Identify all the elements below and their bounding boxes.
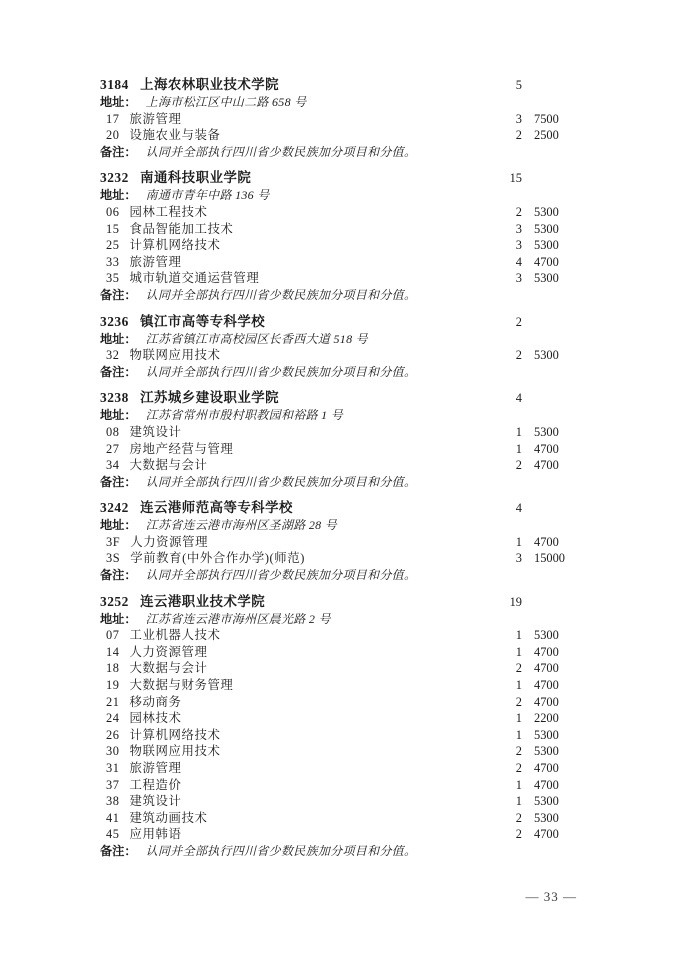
major-code: 25 xyxy=(106,238,119,252)
major-title: 07 工业机器人技术 xyxy=(100,627,488,644)
school-title: 3184 上海农林职业技术学院 xyxy=(100,76,488,94)
major-name: 食品智能加工技术 xyxy=(130,222,234,236)
major-name: 设施农业与装备 xyxy=(130,128,221,142)
major-plan-count: 3 xyxy=(488,237,522,254)
school-header-row: 3238 江苏城乡建设职业学院 4 xyxy=(100,389,580,407)
major-plan-count: 3 xyxy=(488,270,522,287)
major-name: 园林技术 xyxy=(130,711,182,725)
school-name: 上海农林职业技术学院 xyxy=(140,77,279,92)
major-code: 3S xyxy=(106,551,120,565)
address-label: 地址： xyxy=(100,612,137,626)
school-title: 3242 连云港师范高等专科学校 xyxy=(100,499,488,517)
note-text: 认同并全部执行四川省少数民族加分项目和分值。 xyxy=(146,568,417,582)
major-row: 26 计算机网络技术 1 5300 xyxy=(100,727,580,744)
major-plan-count: 4 xyxy=(488,254,522,271)
address-row: 地址： 江苏省镇江市高校园区长香西大道 518 号 xyxy=(100,331,580,348)
major-name: 工业机器人技术 xyxy=(130,628,221,642)
major-name: 房地产经营与管理 xyxy=(130,442,234,456)
major-title: 06 园林工程技术 xyxy=(100,204,488,221)
major-code: 27 xyxy=(106,442,119,456)
major-name: 移动商务 xyxy=(130,695,182,709)
major-name: 学前教育(中外合作办学)(师范) xyxy=(130,551,305,565)
major-plan-count: 1 xyxy=(488,727,522,744)
major-title: 26 计算机网络技术 xyxy=(100,727,488,744)
address-text: 江苏省镇江市高校园区长香西大道 518 号 xyxy=(146,332,368,346)
address-line: 地址： 上海市松江区中山二路 658 号 xyxy=(100,94,580,111)
major-code: 38 xyxy=(106,794,119,808)
major-code: 33 xyxy=(106,255,119,269)
school-name: 连云港师范高等专科学校 xyxy=(140,500,293,515)
major-plan-count: 1 xyxy=(488,627,522,644)
address-text: 上海市松江区中山二路 658 号 xyxy=(146,95,307,109)
major-name: 人力资源管理 xyxy=(130,535,208,549)
major-row: 06 园林工程技术 2 5300 xyxy=(100,204,580,221)
major-tuition: 2500 xyxy=(534,127,580,144)
major-tuition: 5300 xyxy=(534,204,580,221)
major-tuition: 4700 xyxy=(534,457,580,474)
note-line: 备注： 认同并全部执行四川省少数民族加分项目和分值。 xyxy=(100,567,580,584)
major-code: 24 xyxy=(106,711,119,725)
major-name: 建筑设计 xyxy=(130,794,182,808)
major-title: 31 旅游管理 xyxy=(100,760,488,777)
major-tuition: 5300 xyxy=(534,743,580,760)
note-row: 备注： 认同并全部执行四川省少数民族加分项目和分值。 xyxy=(100,364,580,381)
major-plan-count: 2 xyxy=(488,660,522,677)
address-row: 地址： 江苏省常州市殷村职教园和裕路 1 号 xyxy=(100,407,580,424)
major-tuition: 4700 xyxy=(534,760,580,777)
address-label: 地址： xyxy=(100,95,137,109)
major-title: 19 大数据与财务管理 xyxy=(100,677,488,694)
major-tuition: 5300 xyxy=(534,347,580,364)
major-name: 大数据与财务管理 xyxy=(130,678,234,692)
school-name: 镇江市高等专科学校 xyxy=(140,314,265,329)
school-plan-total: 4 xyxy=(488,389,522,407)
major-title: 41 建筑动画技术 xyxy=(100,810,488,827)
major-row: 34 大数据与会计 2 4700 xyxy=(100,457,580,474)
major-row: 35 城市轨道交通运营管理 3 5300 xyxy=(100,270,580,287)
major-list: 06 园林工程技术 2 5300 15 食品智能加工技术 3 5300 25 计… xyxy=(100,204,580,287)
school-title: 3252 连云港职业技术学院 xyxy=(100,593,488,611)
note-line: 备注： 认同并全部执行四川省少数民族加分项目和分值。 xyxy=(100,474,580,491)
address-row: 地址： 上海市松江区中山二路 658 号 xyxy=(100,94,580,111)
major-tuition: 7500 xyxy=(534,111,580,128)
school-block: 3238 江苏城乡建设职业学院 4 地址： 江苏省常州市殷村职教园和裕路 1 号… xyxy=(100,389,580,490)
major-row: 3F 人力资源管理 1 4700 xyxy=(100,534,580,551)
major-title: 20 设施农业与装备 xyxy=(100,127,488,144)
note-label: 备注： xyxy=(100,475,137,489)
major-name: 大数据与会计 xyxy=(130,458,208,472)
major-name: 建筑设计 xyxy=(130,425,182,439)
major-tuition: 4700 xyxy=(534,534,580,551)
major-title: 3F 人力资源管理 xyxy=(100,534,488,551)
document-page: 3184 上海农林职业技术学院 5 地址： 上海市松江区中山二路 658 号 1… xyxy=(0,0,680,961)
note-row: 备注： 认同并全部执行四川省少数民族加分项目和分值。 xyxy=(100,144,580,161)
major-row: 14 人力资源管理 1 4700 xyxy=(100,644,580,661)
school-header-row: 3236 镇江市高等专科学校 2 xyxy=(100,313,580,331)
major-row: 31 旅游管理 2 4700 xyxy=(100,760,580,777)
major-name: 计算机网络技术 xyxy=(130,238,221,252)
school-title: 3232 南通科技职业学院 xyxy=(100,169,488,187)
school-name: 连云港职业技术学院 xyxy=(140,594,265,609)
major-tuition: 4700 xyxy=(534,644,580,661)
major-plan-count: 1 xyxy=(488,710,522,727)
major-row: 41 建筑动画技术 2 5300 xyxy=(100,810,580,827)
school-title: 3236 镇江市高等专科学校 xyxy=(100,313,488,331)
major-plan-count: 2 xyxy=(488,347,522,364)
major-tuition: 5300 xyxy=(534,810,580,827)
major-tuition: 4700 xyxy=(534,441,580,458)
school-code: 3232 xyxy=(100,170,129,185)
school-code: 3238 xyxy=(100,390,129,405)
major-row: 25 计算机网络技术 3 5300 xyxy=(100,237,580,254)
major-name: 旅游管理 xyxy=(130,761,182,775)
address-text: 江苏省连云港市海州区圣湖路 28 号 xyxy=(146,518,337,532)
major-title: 17 旅游管理 xyxy=(100,111,488,128)
note-line: 备注： 认同并全部执行四川省少数民族加分项目和分值。 xyxy=(100,144,580,161)
major-plan-count: 2 xyxy=(488,810,522,827)
school-title: 3238 江苏城乡建设职业学院 xyxy=(100,389,488,407)
major-name: 计算机网络技术 xyxy=(130,728,221,742)
major-plan-count: 1 xyxy=(488,534,522,551)
major-row: 07 工业机器人技术 1 5300 xyxy=(100,627,580,644)
major-row: 15 食品智能加工技术 3 5300 xyxy=(100,221,580,238)
major-code: 41 xyxy=(106,811,119,825)
major-plan-count: 1 xyxy=(488,777,522,794)
school-block: 3184 上海农林职业技术学院 5 地址： 上海市松江区中山二路 658 号 1… xyxy=(100,76,580,160)
address-label: 地址： xyxy=(100,408,137,422)
major-row: 20 设施农业与装备 2 2500 xyxy=(100,127,580,144)
major-title: 25 计算机网络技术 xyxy=(100,237,488,254)
major-code: 35 xyxy=(106,271,119,285)
address-text: 江苏省常州市殷村职教园和裕路 1 号 xyxy=(146,408,343,422)
school-plan-total: 19 xyxy=(488,593,522,611)
major-name: 城市轨道交通运营管理 xyxy=(130,271,260,285)
major-title: 33 旅游管理 xyxy=(100,254,488,271)
major-plan-count: 2 xyxy=(488,694,522,711)
major-name: 大数据与会计 xyxy=(130,661,208,675)
address-line: 地址： 江苏省镇江市高校园区长香西大道 518 号 xyxy=(100,331,580,348)
major-row: 30 物联网应用技术 2 5300 xyxy=(100,743,580,760)
note-label: 备注： xyxy=(100,844,137,858)
major-plan-count: 2 xyxy=(488,457,522,474)
major-title: 34 大数据与会计 xyxy=(100,457,488,474)
major-plan-count: 2 xyxy=(488,760,522,777)
major-title: 08 建筑设计 xyxy=(100,424,488,441)
major-tuition: 5300 xyxy=(534,221,580,238)
address-label: 地址： xyxy=(100,332,137,346)
major-code: 07 xyxy=(106,628,119,642)
major-list: 07 工业机器人技术 1 5300 14 人力资源管理 1 4700 18 大数… xyxy=(100,627,580,843)
major-code: 18 xyxy=(106,661,119,675)
major-tuition: 5300 xyxy=(534,627,580,644)
major-tuition: 4700 xyxy=(534,777,580,794)
school-plan-total: 4 xyxy=(488,499,522,517)
note-text: 认同并全部执行四川省少数民族加分项目和分值。 xyxy=(146,288,417,302)
major-plan-count: 2 xyxy=(488,743,522,760)
page-number-text: — 33 — xyxy=(526,889,578,904)
major-title: 27 房地产经营与管理 xyxy=(100,441,488,458)
major-row: 19 大数据与财务管理 1 4700 xyxy=(100,677,580,694)
school-code: 3184 xyxy=(100,77,129,92)
major-tuition: 5300 xyxy=(534,424,580,441)
major-title: 24 园林技术 xyxy=(100,710,488,727)
major-title: 32 物联网应用技术 xyxy=(100,347,488,364)
major-row: 37 工程造价 1 4700 xyxy=(100,777,580,794)
major-title: 18 大数据与会计 xyxy=(100,660,488,677)
major-name: 应用韩语 xyxy=(130,827,182,841)
school-block: 3232 南通科技职业学院 15 地址： 南通市青年中路 136 号 06 园林… xyxy=(100,169,580,303)
major-code: 37 xyxy=(106,778,119,792)
major-row: 33 旅游管理 4 4700 xyxy=(100,254,580,271)
note-text: 认同并全部执行四川省少数民族加分项目和分值。 xyxy=(146,365,417,379)
note-label: 备注： xyxy=(100,145,137,159)
major-plan-count: 1 xyxy=(488,793,522,810)
school-plan-total: 2 xyxy=(488,313,522,331)
major-tuition: 4700 xyxy=(534,826,580,843)
note-label: 备注： xyxy=(100,365,137,379)
major-row: 27 房地产经营与管理 1 4700 xyxy=(100,441,580,458)
major-tuition: 2200 xyxy=(534,710,580,727)
major-code: 34 xyxy=(106,458,119,472)
major-row: 32 物联网应用技术 2 5300 xyxy=(100,347,580,364)
major-tuition: 5300 xyxy=(534,727,580,744)
major-title: 37 工程造价 xyxy=(100,777,488,794)
major-code: 19 xyxy=(106,678,119,692)
major-plan-count: 1 xyxy=(488,677,522,694)
address-row: 地址： 江苏省连云港市海州区晨光路 2 号 xyxy=(100,611,580,628)
major-code: 21 xyxy=(106,695,119,709)
school-header-row: 3242 连云港师范高等专科学校 4 xyxy=(100,499,580,517)
major-code: 32 xyxy=(106,348,119,362)
major-code: 31 xyxy=(106,761,119,775)
major-plan-count: 3 xyxy=(488,221,522,238)
major-code: 08 xyxy=(106,425,119,439)
note-text: 认同并全部执行四川省少数民族加分项目和分值。 xyxy=(146,475,417,489)
major-title: 21 移动商务 xyxy=(100,694,488,711)
major-name: 园林工程技术 xyxy=(130,205,208,219)
major-code: 45 xyxy=(106,827,119,841)
address-line: 地址： 江苏省连云港市海州区圣湖路 28 号 xyxy=(100,517,580,534)
address-text: 江苏省连云港市海州区晨光路 2 号 xyxy=(146,612,331,626)
address-label: 地址： xyxy=(100,518,137,532)
major-code: 14 xyxy=(106,645,119,659)
major-tuition: 4700 xyxy=(534,660,580,677)
school-name: 南通科技职业学院 xyxy=(140,170,251,185)
major-title: 38 建筑设计 xyxy=(100,793,488,810)
major-plan-count: 1 xyxy=(488,441,522,458)
major-plan-count: 3 xyxy=(488,550,522,567)
major-plan-count: 2 xyxy=(488,826,522,843)
note-text: 认同并全部执行四川省少数民族加分项目和分值。 xyxy=(146,145,417,159)
major-tuition: 5300 xyxy=(534,793,580,810)
major-name: 建筑动画技术 xyxy=(130,811,208,825)
major-list: 3F 人力资源管理 1 4700 3S 学前教育(中外合作办学)(师范) 3 1… xyxy=(100,534,580,567)
school-code: 3242 xyxy=(100,500,129,515)
address-row: 地址： 江苏省连云港市海州区圣湖路 28 号 xyxy=(100,517,580,534)
major-tuition: 4700 xyxy=(534,694,580,711)
address-line: 地址： 江苏省常州市殷村职教园和裕路 1 号 xyxy=(100,407,580,424)
major-title: 30 物联网应用技术 xyxy=(100,743,488,760)
major-name: 工程造价 xyxy=(130,778,182,792)
major-tuition: 4700 xyxy=(534,677,580,694)
note-row: 备注： 认同并全部执行四川省少数民族加分项目和分值。 xyxy=(100,567,580,584)
school-block: 3236 镇江市高等专科学校 2 地址： 江苏省镇江市高校园区长香西大道 518… xyxy=(100,313,580,381)
major-tuition: 4700 xyxy=(534,254,580,271)
note-text: 认同并全部执行四川省少数民族加分项目和分值。 xyxy=(146,844,417,858)
school-name: 江苏城乡建设职业学院 xyxy=(140,390,279,405)
major-row: 08 建筑设计 1 5300 xyxy=(100,424,580,441)
major-code: 17 xyxy=(106,112,119,126)
address-label: 地址： xyxy=(100,188,137,202)
major-name: 旅游管理 xyxy=(130,112,182,126)
major-name: 物联网应用技术 xyxy=(130,348,221,362)
major-row: 24 园林技术 1 2200 xyxy=(100,710,580,727)
major-code: 20 xyxy=(106,128,119,142)
major-tuition: 15000 xyxy=(534,550,580,567)
major-row: 3S 学前教育(中外合作办学)(师范) 3 15000 xyxy=(100,550,580,567)
note-row: 备注： 认同并全部执行四川省少数民族加分项目和分值。 xyxy=(100,474,580,491)
note-label: 备注： xyxy=(100,568,137,582)
address-text: 南通市青年中路 136 号 xyxy=(146,188,270,202)
note-line: 备注： 认同并全部执行四川省少数民族加分项目和分值。 xyxy=(100,364,580,381)
school-plan-total: 15 xyxy=(488,169,522,187)
major-name: 人力资源管理 xyxy=(130,645,208,659)
major-list: 08 建筑设计 1 5300 27 房地产经营与管理 1 4700 34 大数据… xyxy=(100,424,580,474)
major-title: 3S 学前教育(中外合作办学)(师范) xyxy=(100,550,488,567)
major-tuition: 5300 xyxy=(534,270,580,287)
major-name: 物联网应用技术 xyxy=(130,744,221,758)
page-number: — 33 — xyxy=(526,889,578,905)
school-block: 3252 连云港职业技术学院 19 地址： 江苏省连云港市海州区晨光路 2 号 … xyxy=(100,593,580,860)
major-title: 15 食品智能加工技术 xyxy=(100,221,488,238)
major-code: 30 xyxy=(106,744,119,758)
note-line: 备注： 认同并全部执行四川省少数民族加分项目和分值。 xyxy=(100,287,580,304)
major-row: 38 建筑设计 1 5300 xyxy=(100,793,580,810)
note-line: 备注： 认同并全部执行四川省少数民族加分项目和分值。 xyxy=(100,843,580,860)
major-row: 45 应用韩语 2 4700 xyxy=(100,826,580,843)
major-title: 35 城市轨道交通运营管理 xyxy=(100,270,488,287)
school-plan-total: 5 xyxy=(488,76,522,94)
major-tuition: 5300 xyxy=(534,237,580,254)
major-code: 06 xyxy=(106,205,119,219)
address-row: 地址： 南通市青年中路 136 号 xyxy=(100,187,580,204)
major-name: 旅游管理 xyxy=(130,255,182,269)
major-row: 18 大数据与会计 2 4700 xyxy=(100,660,580,677)
major-plan-count: 2 xyxy=(488,204,522,221)
note-row: 备注： 认同并全部执行四川省少数民族加分项目和分值。 xyxy=(100,287,580,304)
major-plan-count: 1 xyxy=(488,424,522,441)
major-row: 21 移动商务 2 4700 xyxy=(100,694,580,711)
note-label: 备注： xyxy=(100,288,137,302)
school-code: 3236 xyxy=(100,314,129,329)
school-code: 3252 xyxy=(100,594,129,609)
major-title: 45 应用韩语 xyxy=(100,826,488,843)
major-plan-count: 3 xyxy=(488,111,522,128)
address-line: 地址： 江苏省连云港市海州区晨光路 2 号 xyxy=(100,611,580,628)
school-header-row: 3184 上海农林职业技术学院 5 xyxy=(100,76,580,94)
major-plan-count: 2 xyxy=(488,127,522,144)
major-list: 32 物联网应用技术 2 5300 xyxy=(100,347,580,364)
major-title: 14 人力资源管理 xyxy=(100,644,488,661)
school-block: 3242 连云港师范高等专科学校 4 地址： 江苏省连云港市海州区圣湖路 28 … xyxy=(100,499,580,583)
school-header-row: 3232 南通科技职业学院 15 xyxy=(100,169,580,187)
major-code: 3F xyxy=(106,535,120,549)
address-line: 地址： 南通市青年中路 136 号 xyxy=(100,187,580,204)
admission-plan-list: 3184 上海农林职业技术学院 5 地址： 上海市松江区中山二路 658 号 1… xyxy=(100,76,580,869)
major-code: 26 xyxy=(106,728,119,742)
school-header-row: 3252 连云港职业技术学院 19 xyxy=(100,593,580,611)
major-list: 17 旅游管理 3 7500 20 设施农业与装备 2 2500 xyxy=(100,111,580,144)
major-plan-count: 1 xyxy=(488,644,522,661)
note-row: 备注： 认同并全部执行四川省少数民族加分项目和分值。 xyxy=(100,843,580,860)
major-code: 15 xyxy=(106,222,119,236)
major-row: 17 旅游管理 3 7500 xyxy=(100,111,580,128)
